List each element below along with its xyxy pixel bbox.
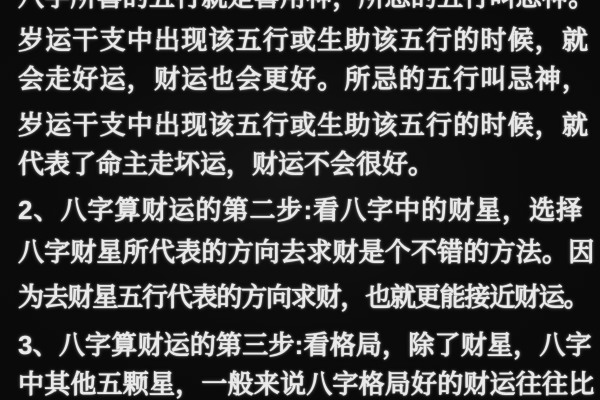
text-line-clipped-top: 八字所喜的五行就是喜用神，所忌的五行叫忌神。 bbox=[18, 0, 596, 13]
text-line: 八字财星所代表的方向去求财是个不错的方法。因 bbox=[18, 236, 596, 268]
text-line-clipped-bottom: 中其他五颗星，一般来说八字格局好的财运往往比 bbox=[18, 368, 596, 400]
text-line: 岁运干支中出现该五行或生助该五行的时候，就 bbox=[18, 109, 596, 141]
text-image-page: 八字所喜的五行就是喜用神，所忌的五行叫忌神。 岁运干支中出现该五行或生助该五行的… bbox=[0, 0, 600, 400]
text-line-item-3: 3、八字算财运的第三步:看格局，除了财星，八字 bbox=[18, 329, 596, 361]
text-line: 会走好运，财运也会更好。所忌的五行叫忌神， bbox=[18, 63, 596, 95]
text-line: 代表了命主走坏运，财运不会很好。 bbox=[18, 148, 596, 180]
text-line: 岁运干支中出现该五行或生助该五行的时候，就 bbox=[18, 24, 596, 56]
text-line: 为去财星五行代表的方向求财，也就更能接近财运。 bbox=[18, 281, 596, 313]
text-line-item-2: 2、八字算财运的第二步:看八字中的财星，选择 bbox=[18, 194, 596, 226]
